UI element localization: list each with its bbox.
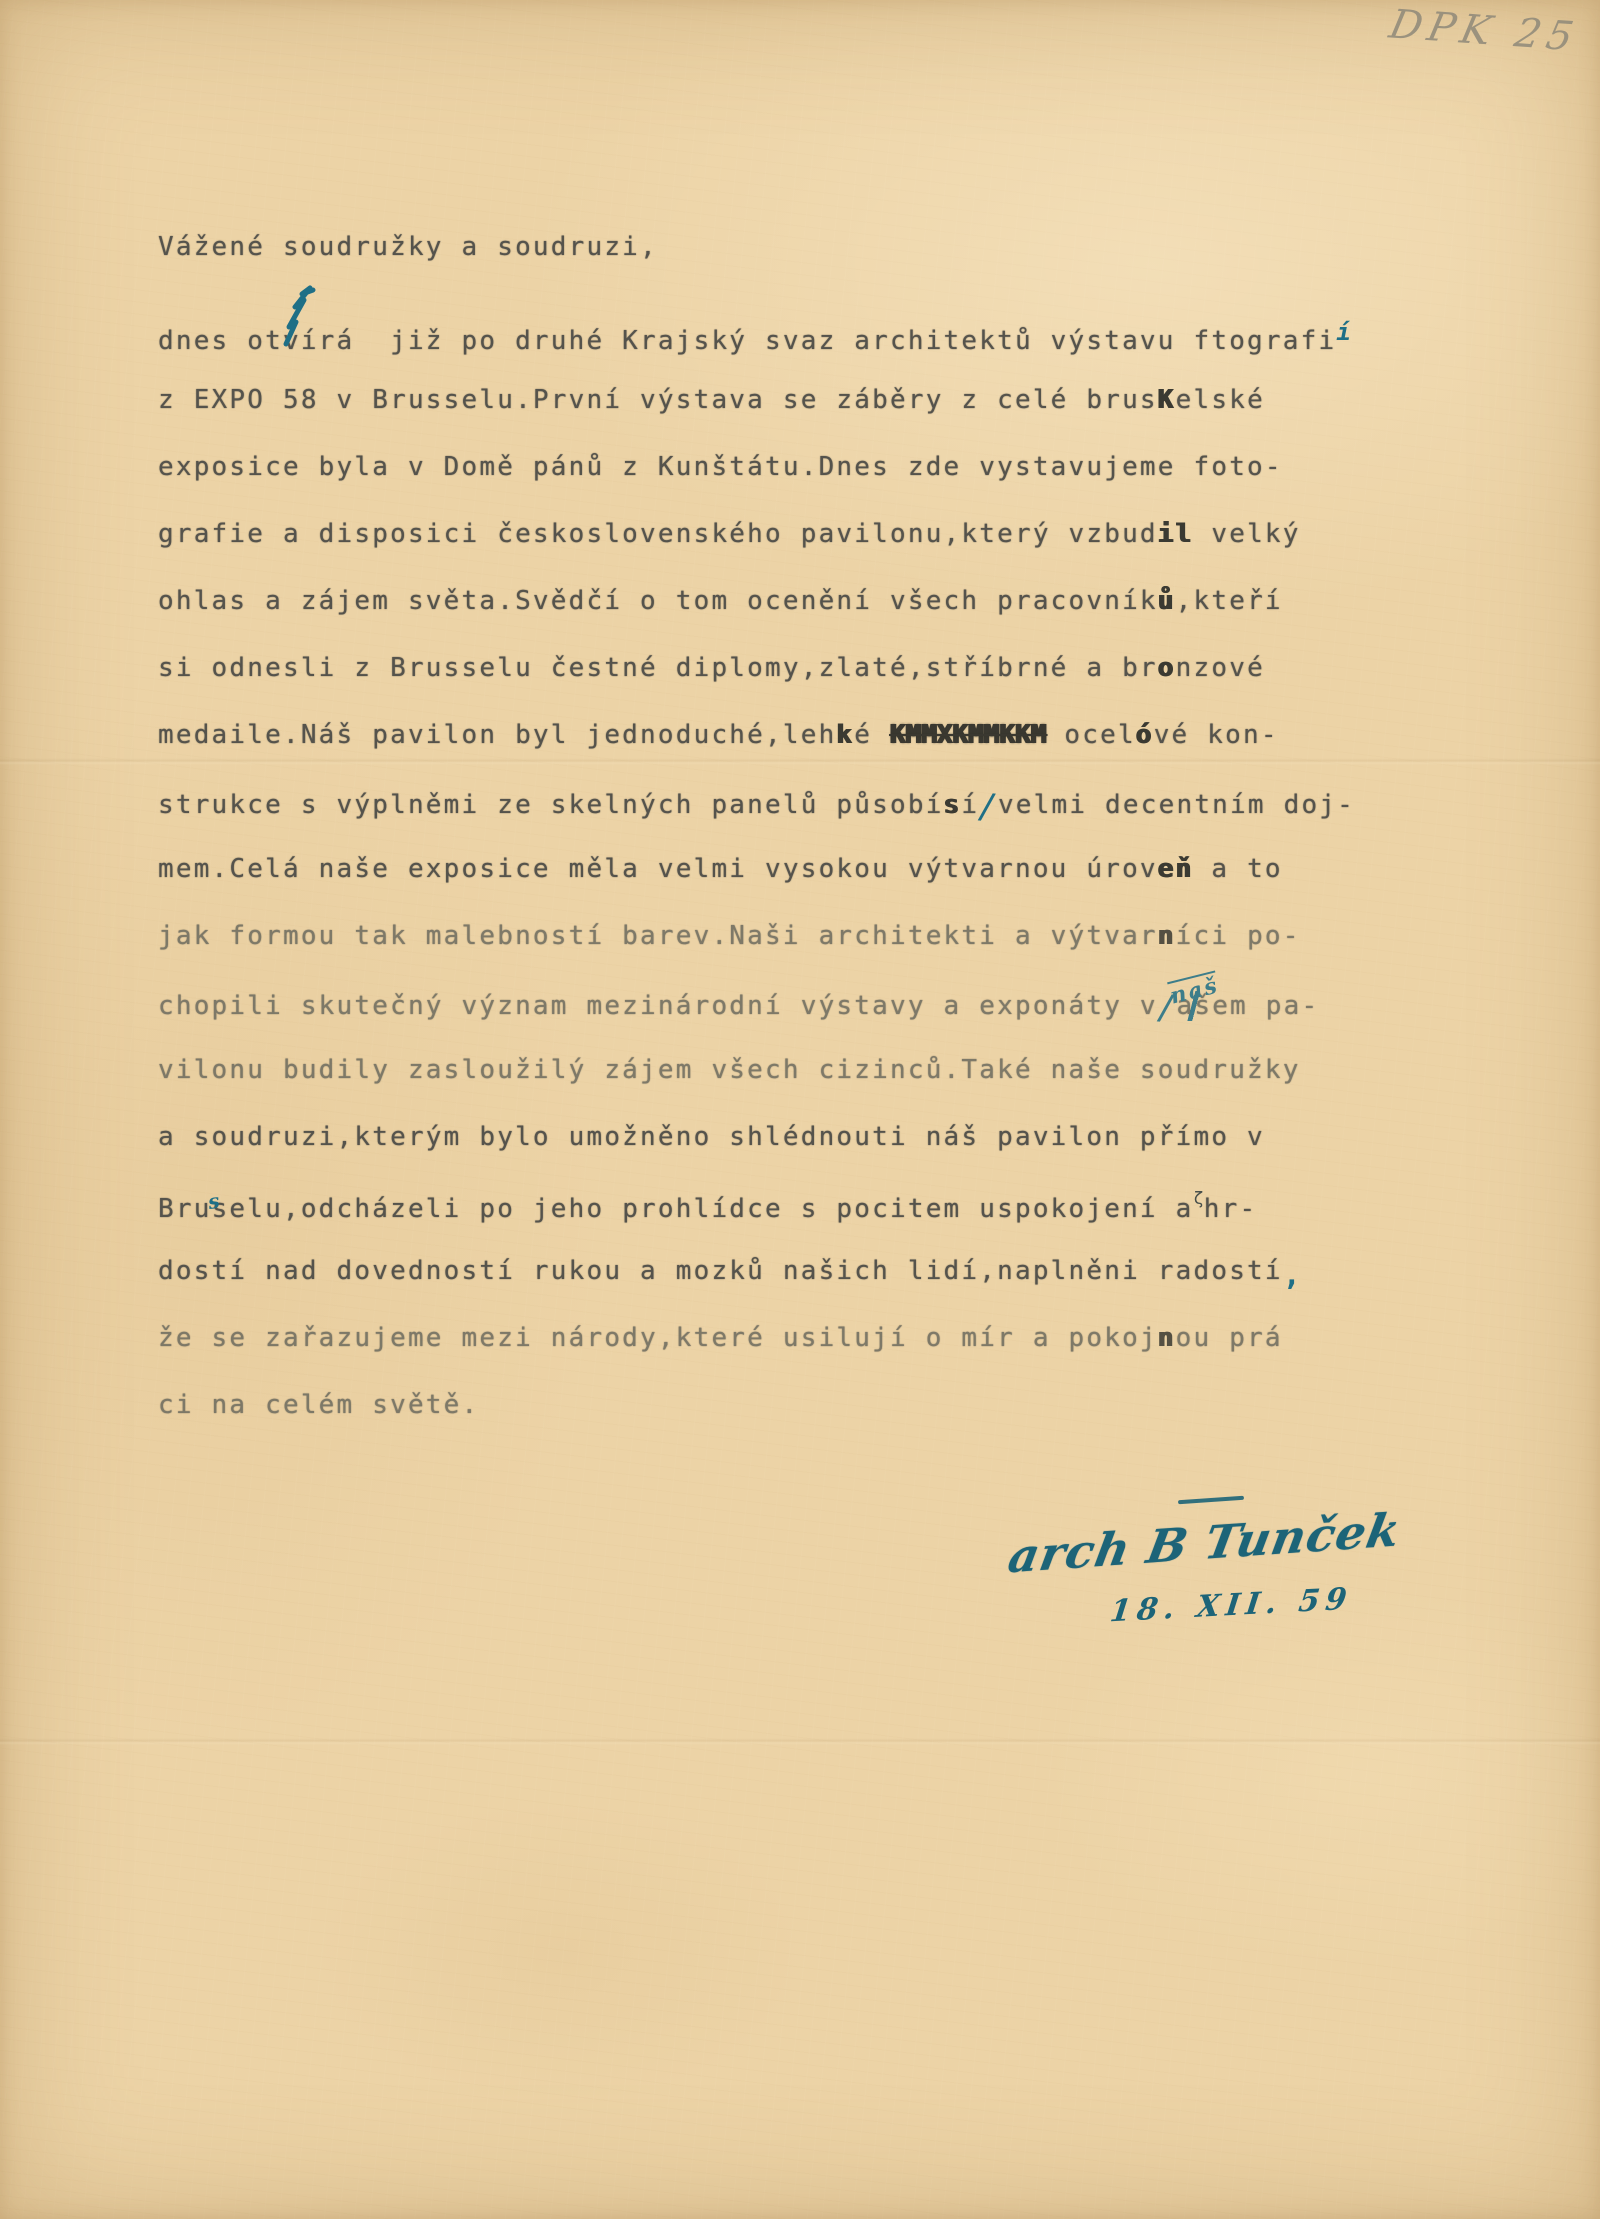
overtyped-text: K bbox=[1158, 385, 1176, 415]
typed-text: dnes otvírá již po druhé Krajský svaz ar… bbox=[158, 326, 1336, 356]
typed-text: z EXPO 58 v Brusselu.První výstava se zá… bbox=[158, 385, 1158, 415]
typed-text: že se zařazujeme mezi národy,které usilu… bbox=[158, 1323, 1158, 1353]
typed-text: si odnesli z Brusselu čestné diplomy,zla… bbox=[158, 653, 1158, 683]
text-line: jak formou tak malebností barev.Naši arc… bbox=[158, 921, 1418, 988]
overtyped-text: ů bbox=[1158, 586, 1176, 616]
typed-text: medaile.Náš pavilon byl jednoduché,leh bbox=[158, 720, 836, 750]
overtyped-text: o bbox=[1158, 653, 1176, 683]
typed-text: mem.Celá naše exposice měla velmi vysoko… bbox=[158, 854, 1158, 884]
typed-text: velmi decentním doj- bbox=[998, 790, 1355, 820]
typed-text: jak formou tak malebností barev.Naši arc… bbox=[158, 921, 1158, 951]
overtyped-text: ó bbox=[1136, 720, 1154, 750]
corner-annotation: DPK 25 bbox=[1385, 2, 1583, 61]
typed-text: vilonu budily zasloužilý zájem všech ciz… bbox=[158, 1055, 1301, 1085]
typed-text: exposice byla v Domě pánů z Kunštátu.Dne… bbox=[158, 452, 1283, 482]
typed-text: ohlas a zájem světa.Svědčí o tom ocenění… bbox=[158, 586, 1158, 616]
signature-date: 18. XII. 59 bbox=[1108, 1582, 1355, 1630]
text-line: z EXPO 58 v Brusselu.První výstava se zá… bbox=[158, 385, 1418, 452]
paper-crease bbox=[0, 1738, 1600, 1745]
greeting: Vážené soudružky a soudruzi, bbox=[158, 232, 1418, 299]
typed-text: velký bbox=[1194, 519, 1301, 549]
typed-text: dostí nad dovedností rukou a mozků našic… bbox=[158, 1256, 1283, 1286]
overtyped-text: n bbox=[1158, 1323, 1176, 1353]
typed-text: íci po- bbox=[1176, 921, 1301, 951]
overtyped-text: k bbox=[836, 720, 854, 750]
text-line: medaile.Náš pavilon byl jednoduché,lehké… bbox=[158, 720, 1418, 787]
ink-addition: í bbox=[1336, 318, 1353, 346]
text-line: dnes otvírá již po druhé Krajský svaz ar… bbox=[158, 318, 1418, 385]
typed-text: vé kon- bbox=[1154, 720, 1279, 750]
text-line: si odnesli z Brusselu čestné diplomy,zla… bbox=[158, 653, 1418, 720]
overtyped-text: n bbox=[1158, 921, 1176, 951]
typed-text: hr- bbox=[1204, 1194, 1258, 1224]
struckout-word: KMMXKMMKKM bbox=[890, 720, 1047, 750]
typed-text: a to bbox=[1194, 854, 1283, 884]
typed-text: ocel bbox=[1047, 720, 1136, 750]
typed-text: a soudruzi,kterým bylo umožněno shlédnou… bbox=[158, 1122, 1265, 1152]
typed-text: ou prá bbox=[1176, 1323, 1283, 1353]
typed-text: strukce s výplněmi ze skelných panelů pů… bbox=[158, 790, 944, 820]
text-line: že se zařazujeme mezi národy,které usilu… bbox=[158, 1323, 1418, 1390]
text-line: Brusselu,odcházeli po jeho prohlídce s p… bbox=[158, 1189, 1418, 1256]
handwritten-mark: ζ bbox=[1194, 1189, 1204, 1209]
ink-scribble-mark bbox=[280, 284, 318, 348]
typed-text: ,kteří bbox=[1176, 586, 1283, 616]
text-line: a soudruzi,kterým bylo umožněno shlédnou… bbox=[158, 1122, 1418, 1189]
typed-text: grafie a disposici československého pavi… bbox=[158, 519, 1158, 549]
letter-page: DPK 25 Vážené soudružky a soudruzi, dnes… bbox=[0, 0, 1600, 2219]
text-line: ci na celém světě. bbox=[158, 1390, 1418, 1457]
overtyped-text: s bbox=[944, 790, 962, 820]
text-line: dostí nad dovedností rukou a mozků našic… bbox=[158, 1256, 1418, 1323]
text-line: vilonu budily zasloužilý zájem všech ciz… bbox=[158, 1055, 1418, 1122]
typed-text: chopili skutečný význam mezinárodní výst… bbox=[158, 991, 1158, 1021]
typed-text: nzové bbox=[1176, 653, 1265, 683]
text-line: strukce s výplněmi ze skelných panelů pů… bbox=[158, 787, 1418, 854]
text-line: exposice byla v Domě pánů z Kunštátu.Dne… bbox=[158, 452, 1418, 519]
letter-text: Vážené soudružky a soudruzi, dnes otvírá… bbox=[158, 232, 1418, 1457]
overtyped-text: il bbox=[1158, 519, 1194, 549]
typed-text: selu,odcházeli po jeho prohlídce s pocit… bbox=[212, 1194, 1194, 1224]
text-line: ohlas a zájem světa.Svědčí o tom ocenění… bbox=[158, 586, 1418, 653]
ink-comma: , bbox=[1283, 1258, 1303, 1293]
typed-text: ci na celém světě. bbox=[158, 1390, 479, 1420]
letter-body: dnes otvírá již po druhé Krajský svaz ar… bbox=[158, 318, 1418, 1457]
text-line: mem.Celá naše exposice měla velmi vysoko… bbox=[158, 854, 1418, 921]
text-line: chopili skutečný význam mezinárodní výst… bbox=[158, 988, 1418, 1055]
typed-text: é bbox=[854, 720, 890, 750]
typed-text: elské bbox=[1176, 385, 1265, 415]
typed-text: Bru bbox=[158, 1194, 212, 1224]
typed-text: em pa- bbox=[1212, 991, 1319, 1021]
signature-flourish bbox=[1178, 1496, 1244, 1505]
signature-script: arch B Tunček bbox=[1004, 1503, 1405, 1584]
text-line: grafie a disposici československého pavi… bbox=[158, 519, 1418, 586]
overtyped-text: eň bbox=[1158, 854, 1194, 884]
ink-slash: ∕ bbox=[976, 786, 1001, 827]
